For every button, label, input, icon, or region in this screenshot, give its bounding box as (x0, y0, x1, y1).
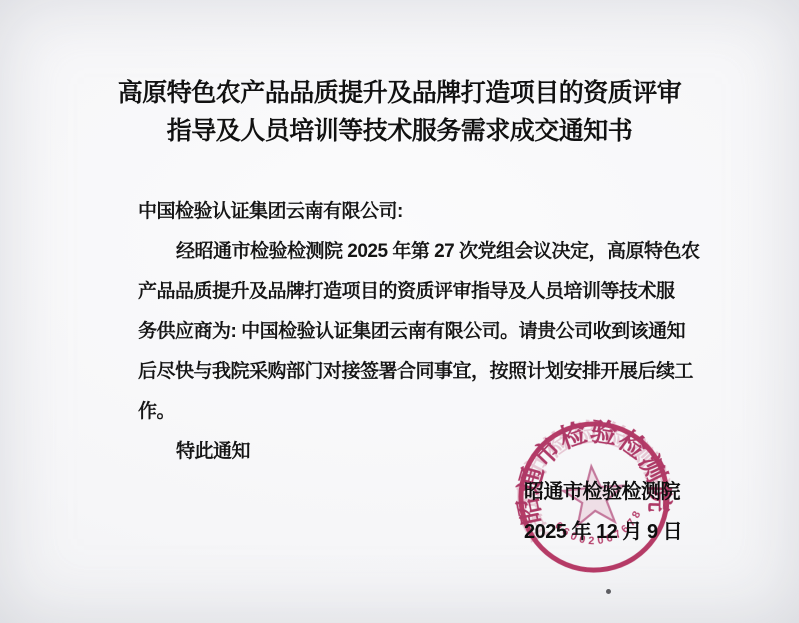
document-title-line2: 指导及人员培训等技术服务需求成交通知书 (0, 112, 799, 150)
body-line: 务供应商为: 中国检验认证集团云南有限公司。请贵公司收到该通知 (138, 312, 723, 352)
ink-speck (606, 589, 611, 594)
document-title-line1: 高原特色农产品品质提升及品牌打造项目的资质评审 (0, 74, 799, 112)
body-line: 产品品质提升及品牌打造项目的资质评审指导及人员培训等技术服 (138, 272, 723, 312)
scanned-notice-document: 高原特色农产品品质提升及品牌打造项目的资质评审 指导及人员培训等技术服务需求成交… (0, 0, 799, 623)
body-line: 经昭通市检验检测院 2025 年第 27 次党组会议决定，高原特色农 (138, 232, 723, 272)
issuer-signature: 昭通市检验检测院 (524, 482, 680, 502)
document-title: 高原特色农产品品质提升及品牌打造项目的资质评审 指导及人员培训等技术服务需求成交… (0, 74, 799, 150)
issue-date: 2025 年 12 月 9 日 (524, 522, 682, 542)
body-line: 后尽快与我院采购部门对接签署合同事宜，按照计划安排开展后续工 (138, 352, 723, 392)
salutation: 中国检验认证集团云南有限公司: (138, 192, 723, 232)
